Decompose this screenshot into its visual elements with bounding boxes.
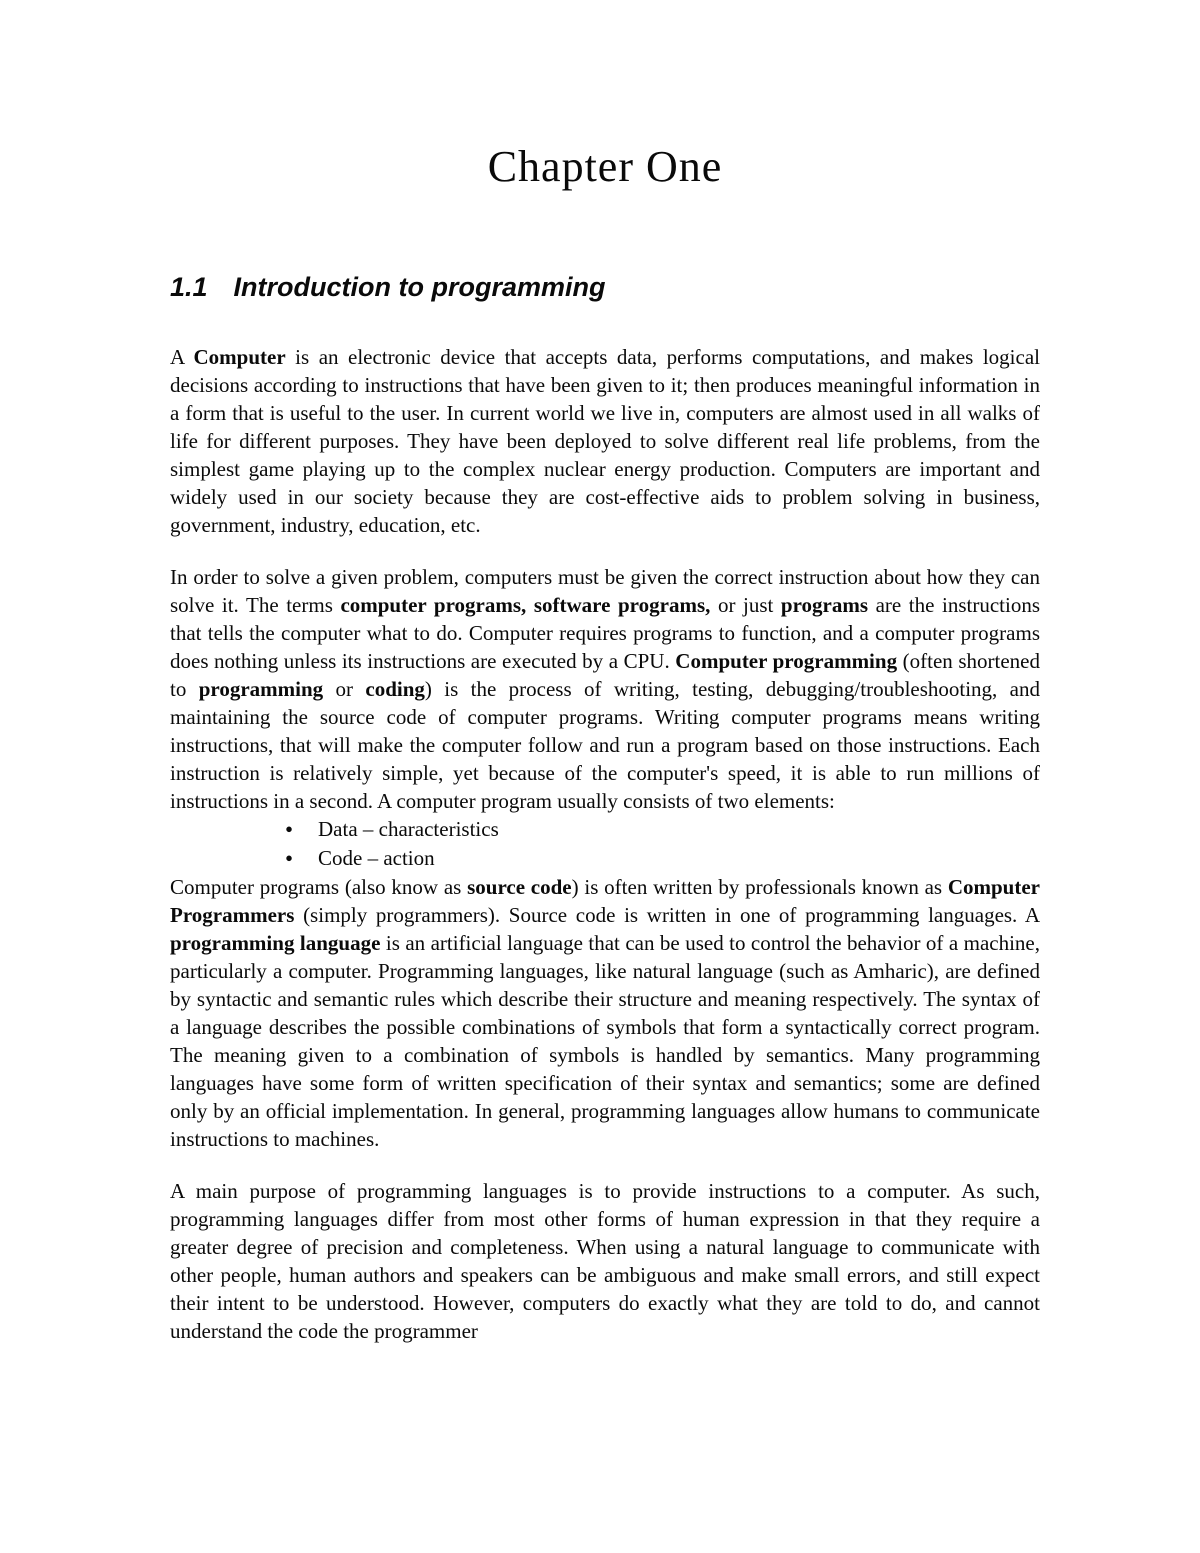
document-page: Chapter One 1.1Introduction to programmi… — [0, 0, 1200, 1553]
paragraph-language-purpose: A main purpose of programming languages … — [170, 1177, 1040, 1345]
section-heading: 1.1Introduction to programming — [170, 272, 1040, 303]
program-elements-list: Data – characteristics Code – action — [170, 815, 1040, 873]
list-item-data: Data – characteristics — [170, 815, 1040, 844]
paragraph-computer-definition: A Computer is an electronic device that … — [170, 343, 1040, 539]
paragraph-source-code: Computer programs (also know as source c… — [170, 873, 1040, 1153]
paragraph-programs-definition: In order to solve a given problem, compu… — [170, 563, 1040, 815]
chapter-title: Chapter One — [170, 0, 1040, 189]
list-item-code: Code – action — [170, 844, 1040, 873]
section-number: 1.1 — [170, 272, 208, 303]
section-title: Introduction to programming — [234, 272, 606, 302]
